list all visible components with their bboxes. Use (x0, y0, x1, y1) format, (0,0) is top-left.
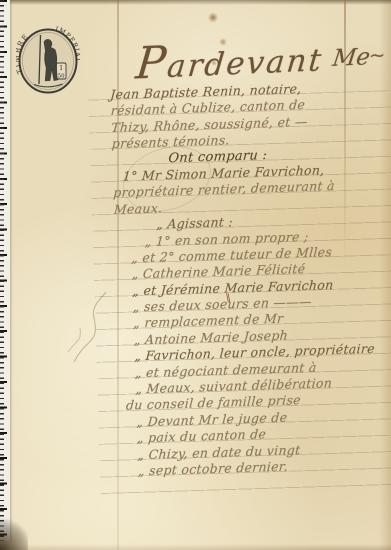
ink-stain (208, 12, 218, 23)
stamp-value-bottom: 50 (58, 74, 65, 80)
stamp-value-top: 1 (59, 65, 63, 72)
value-shield: 1 50 (57, 63, 67, 80)
scanned-document-page: 1 50 TIMBRE IMPERIAL PardevantMe~ Jean B… (0, 0, 391, 550)
heading-flourish-icon: ~ (368, 43, 386, 68)
imperial-tax-stamp: 1 50 TIMBRE IMPERIAL (16, 26, 80, 96)
curled-corner (0, 514, 28, 550)
measuring-ruler (0, 0, 10, 541)
handwritten-body: Jean Baptiste Renin, notaire, résidant à… (110, 78, 391, 480)
heading-honorific: Me (331, 44, 372, 72)
